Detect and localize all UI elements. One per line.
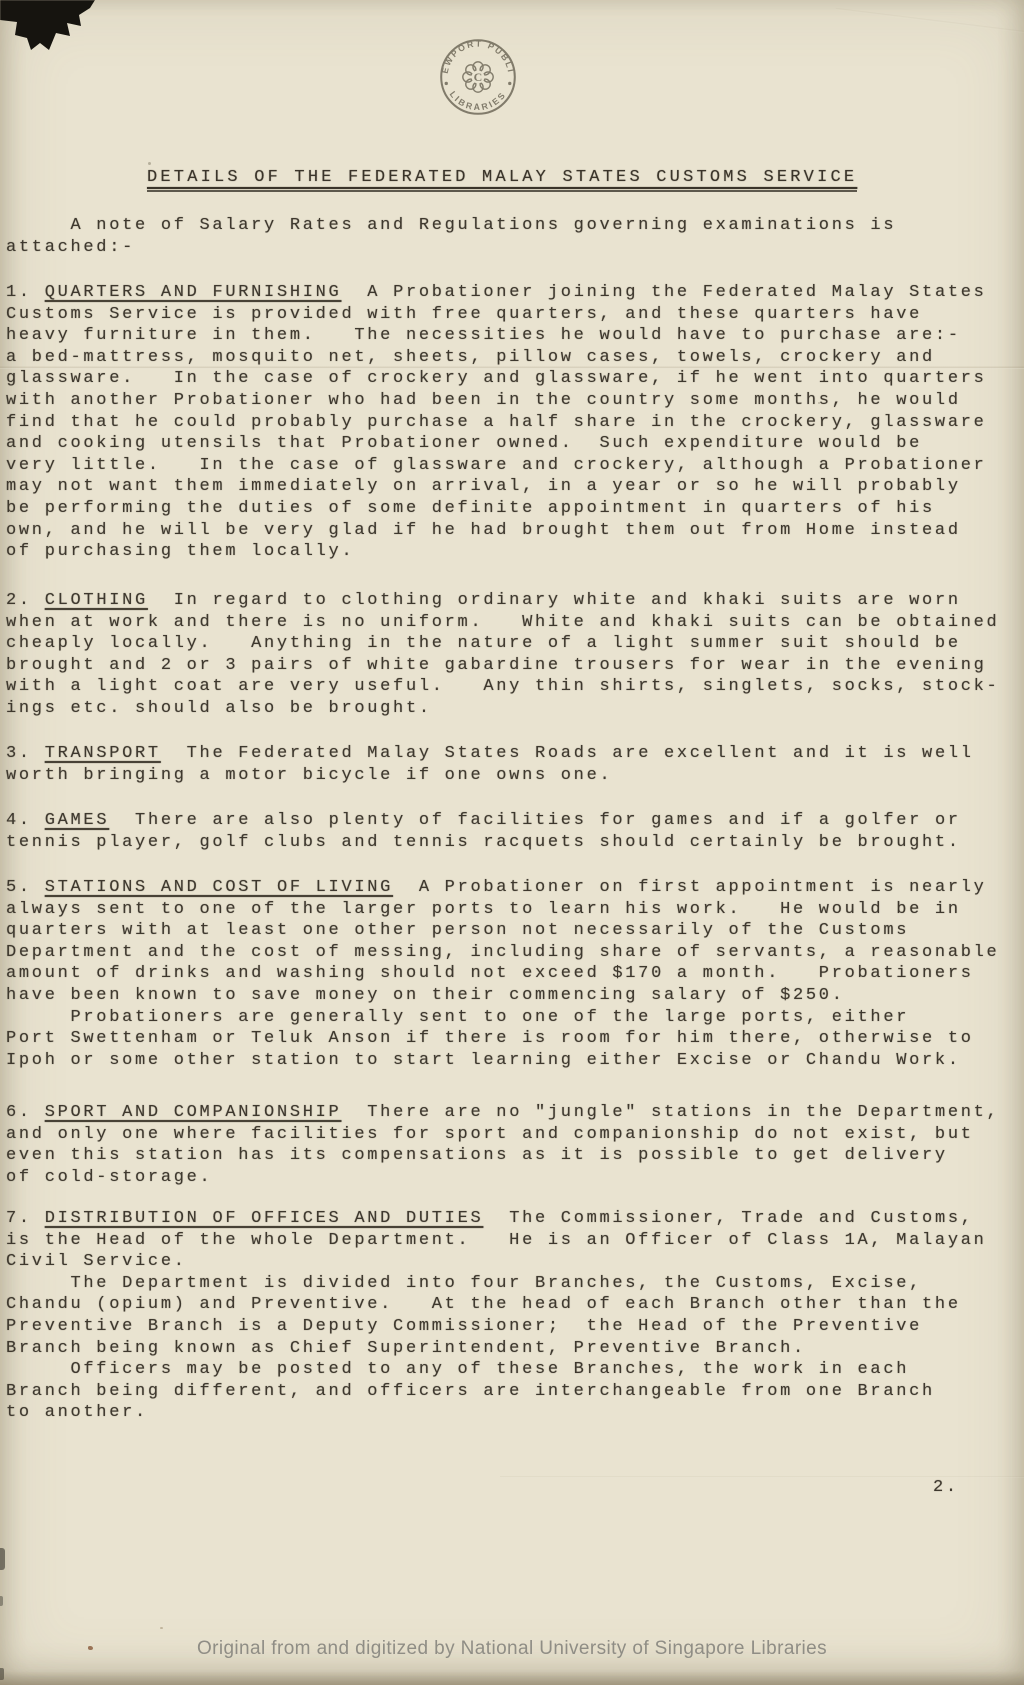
section-heading: DISTRIBUTION OF OFFICES AND DUTIES (45, 1209, 484, 1228)
text-line: The Department is divided into four Bran… (6, 1273, 1024, 1295)
section-4: 4. GAMES There are also plenty of facili… (6, 810, 1024, 853)
scanned-document-page: NEWPORT PUBLIC LIBRARIES C DETAILS OF TH… (0, 0, 1024, 1685)
intro-paragraph: A note of Salary Rates and Regulations g… (6, 215, 896, 258)
text-line: ings etc. should also be brought. (6, 698, 1024, 720)
paper-speck (160, 1627, 163, 1629)
text-line: cheaply locally. Anything in the nature … (6, 633, 1024, 655)
text-line: Branch being known as Chief Superintende… (6, 1338, 1024, 1360)
text-line: Officers may be posted to any of these B… (6, 1359, 1024, 1381)
text-line: Chandu (opium) and Preventive. At the he… (6, 1294, 1024, 1316)
digitization-footer: Original from and digitized by National … (0, 1638, 1024, 1660)
section-first-line-text: In regard to clothing ordinary white and… (148, 591, 961, 610)
text-line: and only one where facilities for sport … (6, 1124, 1024, 1146)
section-first-line: 7. DISTRIBUTION OF OFFICES AND DUTIES Th… (6, 1208, 1024, 1230)
section-heading: STATIONS AND COST OF LIVING (45, 878, 393, 897)
text-line: Ipoh or some other station to start lear… (6, 1050, 1024, 1072)
section-number: 1. (6, 283, 45, 302)
section-first-line-text: A Probationer on first appointment is ne… (393, 878, 986, 897)
paper-speck (818, 402, 820, 404)
section-6: 6. SPORT AND COMPANIONSHIP There are no … (6, 1102, 1024, 1188)
text-line: is the Head of the whole Department. He … (6, 1230, 1024, 1252)
section-heading: QUARTERS AND FURNISHING (45, 283, 342, 302)
text-line: Department and the cost of messing, incl… (6, 942, 1024, 964)
stamp-center-letter: C (474, 70, 483, 84)
text-line: worth bringing a motor bicycle if one ow… (6, 765, 1024, 787)
torn-corner-mark (0, 0, 100, 58)
text-line: glassware. In the case of crockery and g… (6, 368, 1024, 390)
section-heading: GAMES (45, 811, 110, 830)
section-heading: CLOTHING (45, 591, 148, 610)
section-first-line: 4. GAMES There are also plenty of facili… (6, 810, 1024, 832)
paper-edge-mark (0, 1668, 4, 1680)
section-first-line-text: The Federated Malay States Roads are exc… (161, 744, 974, 763)
section-first-line-text: The Commissioner, Trade and Customs, (483, 1209, 973, 1228)
text-line: amount of drinks and washing should not … (6, 963, 1024, 985)
section-number: 7. (6, 1209, 45, 1228)
section-first-line: 6. SPORT AND COMPANIONSHIP There are no … (6, 1102, 1024, 1124)
section-first-line-text: There are no "jungle" stations in the De… (341, 1103, 999, 1122)
text-line: very little. In the case of glassware an… (6, 455, 1024, 477)
intro-line-1: A note of Salary Rates and Regulations g… (6, 215, 896, 237)
text-line: when at work and there is no uniform. Wh… (6, 612, 1024, 634)
fold-crease (836, 8, 1024, 34)
library-stamp: NEWPORT PUBLIC LIBRARIES C (432, 31, 524, 123)
section-number: 4. (6, 811, 45, 830)
text-line: with a light coat are very useful. Any t… (6, 676, 1024, 698)
stamp-right-dot (508, 82, 511, 85)
text-line: Civil Service. (6, 1251, 1024, 1273)
paper-speck (148, 162, 151, 165)
text-line: a bed-mattress, mosquito net, sheets, pi… (6, 347, 1024, 369)
section-number: 6. (6, 1103, 45, 1122)
section-heading: SPORT AND COMPANIONSHIP (45, 1103, 342, 1122)
text-line: heavy furniture in them. The necessities… (6, 325, 1024, 347)
section-first-line: 3. TRANSPORT The Federated Malay States … (6, 743, 1024, 765)
svg-text:NEWPORT PUBLIC: NEWPORT PUBLIC (432, 31, 516, 74)
section-first-line-text: There are also plenty of facilities for … (109, 811, 961, 830)
text-line: Probationers are generally sent to one o… (6, 1007, 1024, 1029)
section-1: 1. QUARTERS AND FURNISHING A Probationer… (6, 282, 1024, 563)
section-5: 5. STATIONS AND COST OF LIVING A Probati… (6, 877, 1024, 1071)
section-7: 7. DISTRIBUTION OF OFFICES AND DUTIES Th… (6, 1208, 1024, 1424)
text-line: own, and he will be very glad if he had … (6, 520, 1024, 542)
section-number: 5. (6, 878, 45, 897)
text-line: Customs Service is provided with free qu… (6, 304, 1024, 326)
text-line: quarters with at least one other person … (6, 920, 1024, 942)
text-line: brought and 2 or 3 pairs of white gabard… (6, 655, 1024, 677)
paper-edge-mark (0, 1548, 5, 1570)
text-line: find that he could probably purchase a h… (6, 412, 1024, 434)
text-line: Branch being different, and officers are… (6, 1381, 1024, 1403)
section-2: 2. CLOTHING In regard to clothing ordina… (6, 590, 1024, 720)
section-first-line: 1. QUARTERS AND FURNISHING A Probationer… (6, 282, 1024, 304)
text-line: tennis player, golf clubs and tennis rac… (6, 832, 1024, 854)
text-line: have been known to save money on their c… (6, 985, 1024, 1007)
text-line: with another Probationer who had been in… (6, 390, 1024, 412)
text-line: may not want them immediately on arrival… (6, 476, 1024, 498)
text-line: Preventive Branch is a Deputy Commission… (6, 1316, 1024, 1338)
text-line: be performing the duties of some definit… (6, 498, 1024, 520)
document-title: DETAILS OF THE FEDERATED MALAY STATES CU… (147, 167, 857, 192)
text-line: Port Swettenham or Teluk Anson if there … (6, 1028, 1024, 1050)
section-first-line: 2. CLOTHING In regard to clothing ordina… (6, 590, 1024, 612)
intro-line-2: attached:- (6, 237, 896, 259)
page-number: 2. (933, 1477, 959, 1499)
stamp-arc-top-text: NEWPORT PUBLIC (432, 31, 516, 74)
text-line: of purchasing them locally. (6, 541, 1024, 563)
section-first-line-text: A Probationer joining the Federated Mala… (341, 283, 986, 302)
paper-edge-mark (0, 1596, 3, 1606)
paper-speck (88, 1646, 93, 1650)
section-first-line: 5. STATIONS AND COST OF LIVING A Probati… (6, 877, 1024, 899)
text-line: and cooking utensils that Probationer ow… (6, 433, 1024, 455)
section-number: 3. (6, 744, 45, 763)
paper-speck (910, 906, 913, 908)
section-heading: TRANSPORT (45, 744, 161, 763)
section-number: 2. (6, 591, 45, 610)
text-line: even this station has its compensations … (6, 1145, 1024, 1167)
text-line: to another. (6, 1402, 1024, 1424)
stamp-left-dot (445, 82, 448, 85)
text-line: of cold-storage. (6, 1167, 1024, 1189)
text-line: always sent to one of the larger ports t… (6, 899, 1024, 921)
section-3: 3. TRANSPORT The Federated Malay States … (6, 743, 1024, 786)
